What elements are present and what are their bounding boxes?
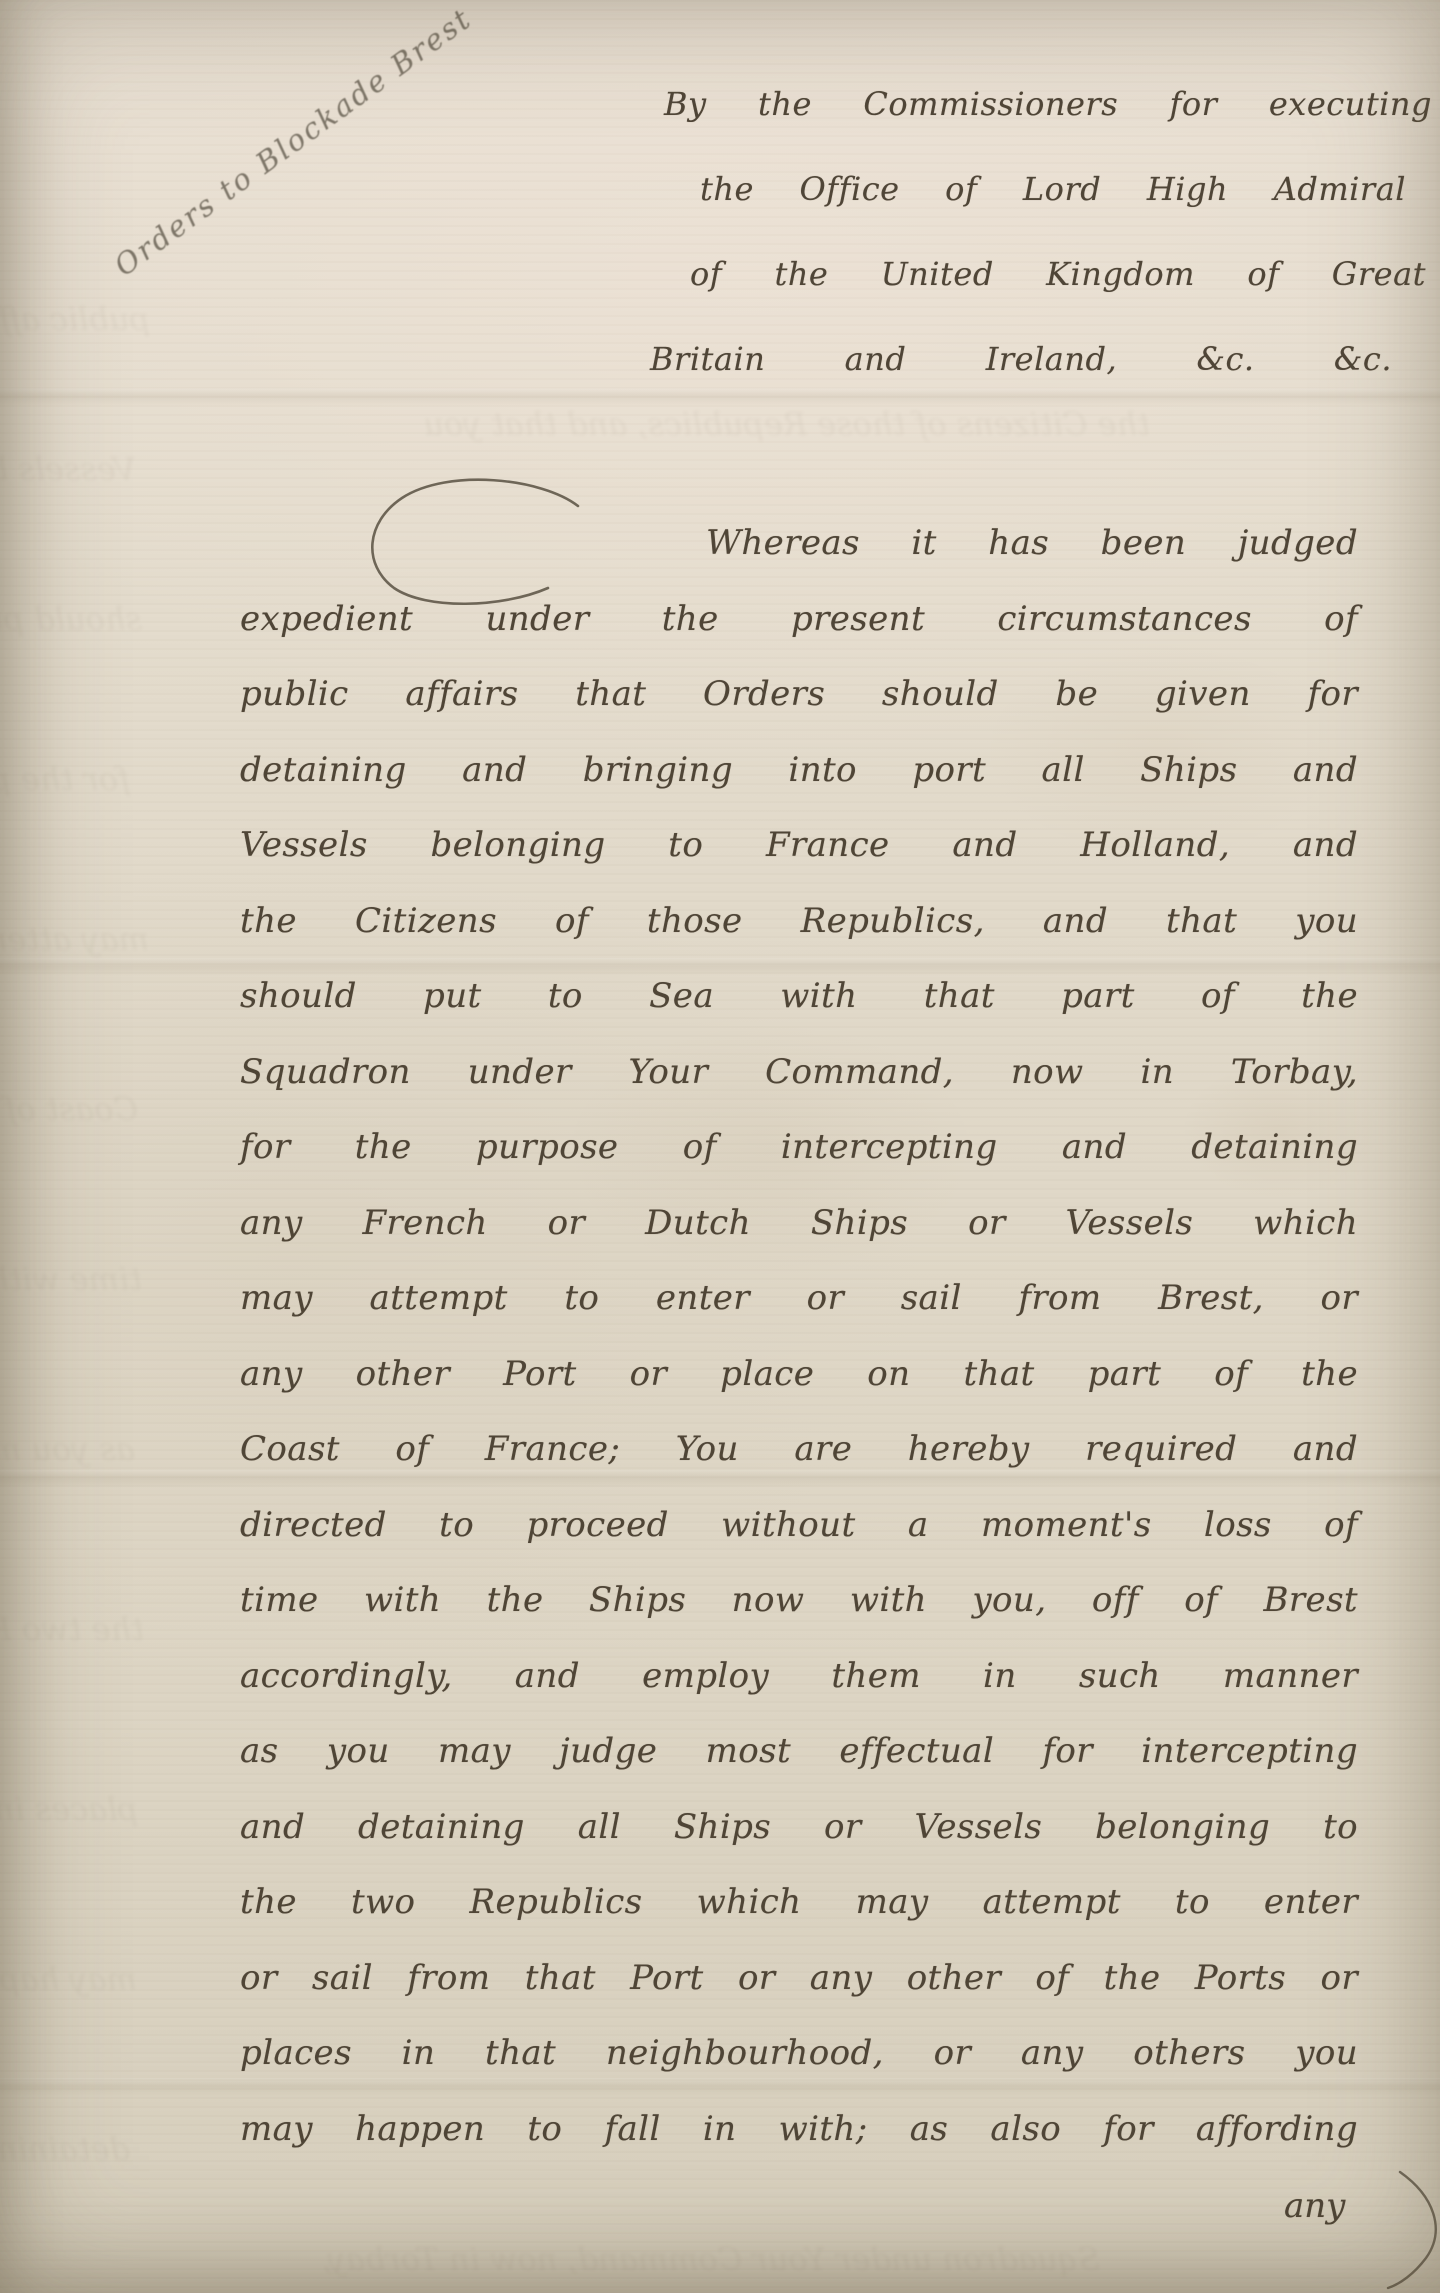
body-line: and detaining all Ships or Vessels belon… bbox=[240, 1790, 1358, 1866]
heading-line: the Office of Lord High Admiral bbox=[650, 147, 1432, 232]
body-line: Squadron under Your Command, now in Torb… bbox=[240, 1035, 1358, 1111]
body-line: time with the Ships now with you, off of… bbox=[240, 1563, 1358, 1639]
body-line: public affairs that Orders should be giv… bbox=[240, 657, 1358, 733]
ghost-line: may happen to fall in with; as also for … bbox=[0, 1960, 137, 1998]
body-line: the Citizens of those Republics, and tha… bbox=[240, 884, 1358, 960]
body-line: accordingly, and employ them in such man… bbox=[240, 1639, 1358, 1715]
ghost-line: detaining and bringing into port all Shi… bbox=[0, 2130, 130, 2168]
body-line: any French or Dutch Ships or Vessels whi… bbox=[240, 1186, 1358, 1262]
ghost-line: Coast of France; You are hereby required… bbox=[0, 1090, 138, 1128]
body-line: as you may judge most effectual for inte… bbox=[240, 1714, 1358, 1790]
ghost-line: may attempt to enter or sail from Brest,… bbox=[0, 920, 149, 958]
manuscript-page: public affairs that Orders should be giv… bbox=[0, 0, 1440, 2293]
ghost-line: the Citizens of those Republics, and tha… bbox=[250, 405, 1150, 443]
ghost-line: should put to Sea with that part of the bbox=[0, 600, 142, 638]
body-line: expedient under the present circumstance… bbox=[240, 582, 1358, 658]
body-line: directed to proceed without a moment's l… bbox=[240, 1488, 1358, 1564]
body-line: any other Port or place on that part of … bbox=[240, 1337, 1358, 1413]
body-line: should put to Sea with that part of the bbox=[240, 959, 1358, 1035]
body-line: detaining and bringing into port all Shi… bbox=[240, 733, 1358, 809]
ghost-line: public affairs that Orders should be giv… bbox=[0, 300, 150, 338]
heading-line: of the United Kingdom of Great bbox=[650, 232, 1432, 317]
body-line: Vessels belonging to France and Holland,… bbox=[240, 808, 1358, 884]
ghost-line: for the purpose of intercepting and deta… bbox=[0, 760, 130, 798]
body-line: for the purpose of intercepting and deta… bbox=[240, 1110, 1358, 1186]
body-text: Whereas it has been judgedexpedient unde… bbox=[240, 506, 1358, 2167]
catchword: any bbox=[1284, 2186, 1345, 2226]
body-line: Whereas it has been judged bbox=[706, 506, 1358, 582]
body-line: Coast of France; You are hereby required… bbox=[240, 1412, 1358, 1488]
body-line: may attempt to enter or sail from Brest,… bbox=[240, 1261, 1358, 1337]
heading-line: Britain and Ireland, &c. &c. bbox=[650, 317, 1432, 402]
heading-block: By the Commissioners for executingthe Of… bbox=[650, 62, 1432, 402]
ghost-line: time with the Ships now with you, off of… bbox=[0, 1260, 142, 1298]
body-line: or sail from that Port or any other of t… bbox=[240, 1941, 1358, 2017]
ghost-line: Squadron under Your Command, now in Torb… bbox=[300, 2240, 1100, 2278]
body-line: places in that neighbourhood, or any oth… bbox=[240, 2016, 1358, 2092]
body-line: may happen to fall in with; as also for … bbox=[240, 2092, 1358, 2168]
catchword-flourish bbox=[1382, 2168, 1440, 2293]
ghost-line: places in that neighbourhood, or any oth… bbox=[0, 1790, 138, 1828]
ghost-line: as you may judge most effectual for inte… bbox=[0, 1430, 135, 1468]
ghost-line: the two Republics which may attempt to e… bbox=[0, 1610, 144, 1648]
ghost-line: Vessels belonging to France and Holland,… bbox=[0, 450, 136, 488]
body-line: the two Republics which may attempt to e… bbox=[240, 1865, 1358, 1941]
heading-line: By the Commissioners for executing bbox=[650, 62, 1432, 147]
pencil-annotation: Orders to Blockade Brest bbox=[108, 1, 478, 283]
